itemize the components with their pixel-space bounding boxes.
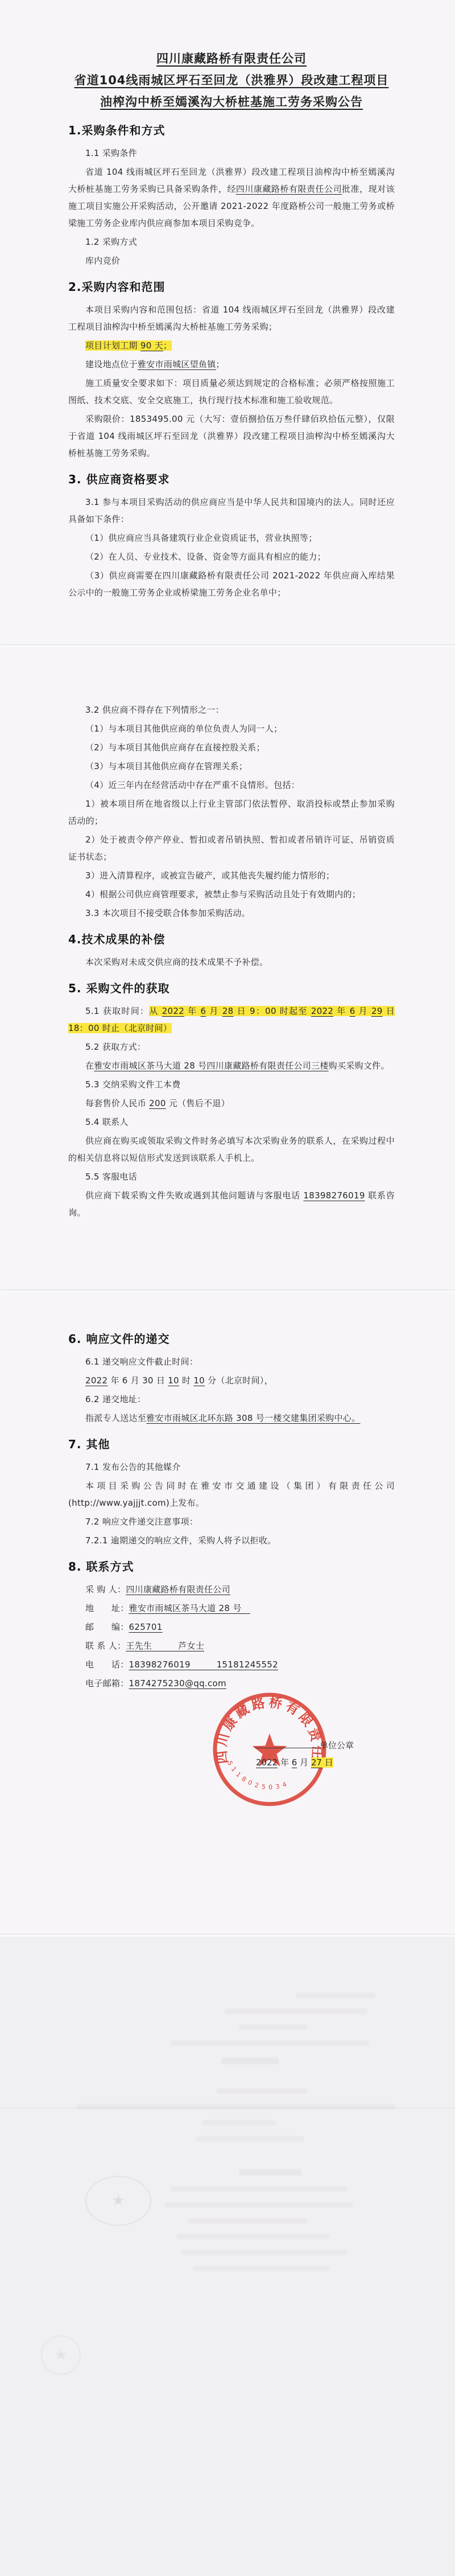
doc-p: 本项目采购公告同时在雅安市交通建设（集团）有限责任公司(http://www.y…	[68, 1477, 395, 1511]
doc-text-run: 从	[149, 1006, 162, 1016]
doc-text-run: 月	[206, 1006, 222, 1016]
doc-text-run: 4）根据公司供应商管理要求，被禁止参与采购活动且处于有效期内的；	[85, 889, 361, 899]
ghost-text-line	[171, 2040, 370, 2046]
page-2-content: 3.2 供应商不得存在下列情形之一：（1）与本项目其他供应商的单位负责人为同一人…	[0, 647, 455, 1221]
doc-p: 4）根据公司供应商管理要求，被禁止参与采购活动且处于有效期内的；	[68, 886, 395, 903]
doc-text-run: 每套售价人民币	[85, 1098, 149, 1108]
doc-p: 1.2 采购方式	[68, 233, 395, 250]
doc-p: 地 址：雅安市雨城区茶马大道 28 号	[68, 1600, 395, 1617]
doc-text-run: 电 话：	[85, 1659, 129, 1670]
doc-text-run: 本项目采购内容和范围包括：省道 104 线雨城区坪石至回龙（洪雅界）段改建工程项…	[68, 305, 395, 332]
doc-text-run: 10	[168, 1375, 179, 1386]
doc-text-run: 1.2 采购方式	[85, 237, 137, 247]
doc-text-run: 2022	[162, 1006, 184, 1016]
ghost-text-line	[182, 2250, 347, 2255]
doc-text-run: （3）供应商需要在四川康藏路桥有限责任公司 2021-2022 年供应商入库结果…	[68, 570, 395, 598]
doc-text-run: 王先生 芦女士	[126, 1641, 204, 1651]
doc-text-run: 1874275230@qq.com	[129, 1678, 226, 1688]
seal-signature-line: 单位公章	[255, 1739, 354, 1751]
doc-text-run: 6.2 递交地址：	[85, 1394, 146, 1404]
doc-text-run: 6	[201, 1006, 206, 1016]
ghost-text-line	[225, 2008, 367, 2014]
doc-p: 2）处于被责令停产停业、暂扣或者吊销执照、暂扣或者吊销许可证、吊销资质证书状态；	[68, 831, 395, 865]
doc-text-run: 90 天	[140, 340, 163, 351]
doc-p: 5.5 客服电话	[68, 1168, 395, 1185]
doc-p: 库内竞价	[68, 252, 395, 269]
doc-text-run: 购买采购文件。	[329, 1061, 390, 1071]
doc-text-run: 日	[322, 1757, 333, 1768]
doc-p: 1）被本项目所在地省级以上行业主管部门依法暂停、取消投标或禁止参加采购活动的；	[68, 795, 395, 829]
ghost-text-line	[296, 1992, 375, 1998]
seal-label: 单位公章	[320, 1740, 354, 1751]
doc-p: 采购限价：1853495.00 元（大写：壹佰捌拾伍万叁仟肆佰玖拾伍元整），仅限…	[68, 410, 395, 462]
doc-text-run: 雅安市雨城区北环东路 308 号一楼交建集团采购中心。	[146, 1413, 360, 1423]
ghost-text-line	[77, 2104, 395, 2110]
doc-text-run: 6.1 递交响应文件截止时间：	[85, 1357, 198, 1367]
document-page-2: 3.2 供应商不得存在下列情形之一：（1）与本项目其他供应商的单位负责人为同一人…	[0, 647, 455, 1289]
doc-text-run: 四川康藏路桥有限责任公司	[236, 184, 342, 194]
doc-p: 7.1 发布公告的其他媒介	[68, 1458, 395, 1476]
doc-p: 5.3 交纳采购文件工本费	[68, 1076, 395, 1093]
doc-text-run: 1）被本项目所在地省级以上行业主管部门依法暂停、取消投标或禁止参加采购活动的；	[68, 799, 395, 826]
doc-p: 3）进入清算程序，或被宣告破产，或其他丧失履约能力情形的；	[68, 867, 395, 884]
doc-p: 3.1 参与本项目采购活动的供应商应当是中华人民共和国境内的法人。同时还应具备如…	[68, 494, 395, 528]
doc-text-run: 5.3 交纳采购文件工本费	[85, 1079, 181, 1090]
doc-text-run: 2022	[256, 1757, 278, 1768]
doc-text-run: 日 9：00 时起至	[234, 1006, 311, 1016]
doc-p: 省道 104 线雨城区坪石至回龙（洪雅界）段改建工程项目油榨沟中桥至嫣溪沟大桥桩…	[68, 163, 395, 232]
doc-p: 7.2.1 逾期递交的响应文件，采购人将予以拒收。	[68, 1532, 395, 1549]
doc-h2: 6. 响应文件的递交	[68, 1330, 395, 1347]
doc-text-run: 3.1 参与本项目采购活动的供应商应当是中华人民共和国境内的法人。同时还应具备如…	[68, 497, 395, 524]
doc-p: 2022 年 6 月 30 日 10 时 10 分（北京时间），	[68, 1372, 395, 1389]
doc-text-run: 建设地点位于	[85, 359, 138, 369]
doc-text-run: 库内竞价	[85, 256, 120, 266]
doc-text-run: 6	[292, 1757, 297, 1768]
doc-p: 指派专人送达至雅安市雨城区北环东路 308 号一楼交建集团采购中心。	[68, 1410, 395, 1427]
doc-text-run: 项目计划工期	[85, 340, 140, 351]
doc-text-run: 联 系 人：	[85, 1641, 126, 1651]
doc-p: 施工质量安全要求如下：项目质量必须达到规定的合格标准；必须严格按照施工图纸、技术…	[68, 375, 395, 409]
doc-text-run: 6	[350, 1006, 355, 1016]
seal-date-line: 2022 年 6 月 27 日	[256, 1756, 333, 1768]
doc-text-run: （1）与本项目其他供应商的单位负责人为同一人；	[85, 724, 282, 734]
scanned-document-viewer: 四川康藏路桥有限责任公司省道104线雨城区坪石至回龙（洪雅界）段改建工程项目油榨…	[0, 0, 455, 2576]
doc-text-run: 10	[193, 1375, 205, 1386]
doc-text-run: 年	[278, 1757, 292, 1768]
ghost-layer: ★★	[0, 1937, 455, 2576]
doc-text-run: 雅安市雨城区茶马大道 28 号	[129, 1603, 250, 1613]
doc-p: （4）近三年内在经营活动中存在严重不良情形。包括：	[68, 777, 395, 794]
doc-text-run: 雅安市雨城区茶马大道 28 号四川康藏路桥有限责任公司三楼	[94, 1061, 328, 1071]
doc-p: 采 购 人：四川康藏路桥有限责任公司	[68, 1581, 395, 1598]
doc-h2: 4.技术成果的补偿	[68, 931, 395, 948]
doc-text-run: 月	[297, 1757, 311, 1768]
doc-h2: 2.采购内容和范围	[68, 278, 395, 295]
doc-text-run: 采 购 人：	[85, 1584, 126, 1595]
doc-p: 电 话：18398276019 15181245552	[68, 1656, 395, 1673]
signature-blank-underline	[255, 1740, 318, 1748]
doc-p: （3）供应商需要在四川康藏路桥有限责任公司 2021-2022 年供应商入库结果…	[68, 567, 395, 601]
doc-h2: 5. 采购文件的获取	[68, 980, 395, 997]
doc-text-run: 本项目采购公告同时在雅安市交通建设（集团）有限责任公司(http://www.y…	[68, 1481, 395, 1508]
doc-text-run: 3）进入清算程序，或被宣告破产，或其他丧失履约能力情形的；	[85, 870, 334, 881]
document-page-3: 6. 响应文件的递交6.1 递交响应文件截止时间：2022 年 6 月 30 日…	[0, 1292, 455, 1934]
doc-p: 6.2 递交地址：	[68, 1391, 395, 1408]
doc-p: 本项目采购内容和范围包括：省道 104 线雨城区坪石至回龙（洪雅界）段改建工程项…	[68, 301, 395, 335]
doc-text-run: 地 址：	[85, 1603, 129, 1613]
doc-text-run: 电子邮箱：	[85, 1678, 129, 1688]
doc-p: 7.2 响应文件递交注意事项：	[68, 1513, 395, 1530]
doc-text-run: （2）在人员、专业技术、设备、资金等方面具有相应的能力；	[85, 552, 326, 562]
ghost-text-line	[216, 2088, 307, 2094]
doc-text-run: 时	[179, 1375, 193, 1386]
ghost-text-line	[193, 2266, 330, 2271]
doc-p: 在雅安市雨城区茶马大道 28 号四川康藏路桥有限责任公司三楼购买采购文件。	[68, 1057, 395, 1074]
doc-text-run: 指派专人送达至	[85, 1413, 146, 1423]
ghost-text-line	[188, 2218, 307, 2224]
ghost-text-line	[165, 2202, 353, 2208]
doc-text-run: 邮 编：	[85, 1622, 129, 1632]
doc-title: 油榨沟中桥至嫣溪沟大桥桩基施工劳务采购公告	[68, 91, 395, 113]
doc-p: 每套售价人民币 200 元（售后不退）	[68, 1095, 395, 1112]
doc-p: （3）与本项目其他供应商存在管理关系；	[68, 758, 395, 775]
doc-text-run: 采购限价：1853495.00 元（大写：壹佰捌拾伍万叁仟肆佰玖拾伍元整），仅限…	[68, 414, 395, 458]
doc-p: （2）在人员、专业技术、设备、资金等方面具有相应的能力；	[68, 548, 395, 565]
doc-text-run: 分（北京时间），	[205, 1375, 273, 1386]
doc-p: 3.3 本次项目不接受联合体参加采购活动。	[68, 905, 395, 922]
doc-p: 联 系 人：王先生 芦女士	[68, 1637, 395, 1654]
doc-text-run: 年	[184, 1006, 200, 1016]
doc-text-run: 5.1 获取时间：	[85, 1006, 149, 1016]
doc-p: 邮 编：625701	[68, 1618, 395, 1636]
doc-p: 6.1 递交响应文件截止时间：	[68, 1353, 395, 1370]
doc-text-run: 3.3 本次项目不接受联合体参加采购活动。	[85, 908, 250, 918]
doc-p: 5.4 联系人	[68, 1114, 395, 1131]
doc-p: （1）与本项目其他供应商的单位负责人为同一人；	[68, 720, 395, 737]
doc-text-run: 7.2 响应文件递交注意事项：	[85, 1517, 198, 1527]
doc-text-run: 5.2 获取方式：	[85, 1042, 146, 1052]
doc-h2: 8. 联系方式	[68, 1558, 395, 1575]
doc-text-run: （2）与本项目其他供应商存在直接控股关系；	[85, 742, 265, 753]
doc-h2: 7. 其他	[68, 1436, 395, 1453]
doc-p: 项目计划工期 90 天；	[68, 337, 395, 354]
page-3-content: 6. 响应文件的递交6.1 递交响应文件截止时间：2022 年 6 月 30 日…	[0, 1292, 455, 1692]
doc-p: 供应商下载采购文件失败或遇到其他问题请与客服电话 18398276019 联系咨…	[68, 1187, 395, 1221]
ghost-seal-icon: ★	[41, 2335, 81, 2375]
doc-p: 5.1 获取时间：从 2022 年 6 月 28 日 9：00 时起至 2022…	[68, 1003, 395, 1037]
doc-title: 省道104线雨城区坪石至回龙（洪雅界）段改建工程项目	[68, 69, 395, 91]
doc-text-run: 在	[85, 1061, 94, 1071]
doc-text-run: 2022	[85, 1375, 107, 1386]
doc-p: （1）供应商应当具备建筑行业企业资质证书，营业执照等；	[68, 529, 395, 547]
page-1-content: 四川康藏路桥有限责任公司省道104线雨城区坪石至回龙（洪雅界）段改建工程项目油榨…	[0, 0, 455, 601]
doc-title: 四川康藏路桥有限责任公司	[68, 48, 395, 69]
doc-text-run: ；	[216, 359, 225, 369]
doc-text-run: 供应商在购买或领取采购文件时务必填写本次采购业务的联系人，在采购过程中的相关信息…	[68, 1136, 395, 1163]
doc-text-run: 28	[222, 1006, 234, 1016]
doc-text-run: 雅安市雨城区望鱼镇	[138, 359, 216, 369]
ghost-text-line	[171, 2186, 347, 2192]
doc-text-run: 3.2 供应商不得存在下列情形之一：	[85, 705, 224, 715]
doc-p: 1.1 采购条件	[68, 145, 395, 162]
doc-text-run: （4）近三年内在经营活动中存在严重不良情形。包括：	[85, 780, 300, 790]
doc-text-run: （3）与本项目其他供应商存在管理关系；	[85, 761, 247, 771]
doc-text-run: 18398276019 15181245552	[129, 1659, 278, 1670]
doc-p: 3.2 供应商不得存在下列情形之一：	[68, 701, 395, 718]
doc-text-run: 27	[311, 1757, 322, 1768]
doc-text-run: 5.4 联系人	[85, 1117, 129, 1127]
doc-text-run: 5.5 客服电话	[85, 1172, 137, 1182]
doc-text-run: 元（售后不退）	[166, 1098, 230, 1108]
ghost-text-line	[222, 2057, 279, 2064]
doc-p: 供应商在购买或领取采购文件时务必填写本次采购业务的联系人，在采购过程中的相关信息…	[68, 1132, 395, 1166]
doc-text-run: 29	[371, 1006, 383, 1016]
doc-h2: 1.采购条件和方式	[68, 122, 395, 139]
ghost-seal-icon: ★	[85, 2176, 151, 2226]
doc-text-run: 625701	[129, 1622, 163, 1632]
document-page-4: ★★	[0, 1937, 455, 2576]
ghost-text-line	[202, 2120, 276, 2126]
doc-h2: 3. 供应商资格要求	[68, 471, 395, 488]
doc-text-run: 施工质量安全要求如下：项目质量必须达到规定的合格标准；必须严格按照施工图纸、技术…	[68, 378, 395, 405]
doc-text-run: 7.2.1 逾期递交的响应文件，采购人将予以拒收。	[85, 1535, 276, 1546]
doc-p: 建设地点位于雅安市雨城区望鱼镇；	[68, 356, 395, 373]
doc-text-run: 四川康藏路桥有限责任公司	[126, 1584, 230, 1595]
doc-p: 电子邮箱：1874275230@qq.com	[68, 1675, 395, 1692]
doc-text-run: 月	[355, 1006, 371, 1016]
doc-text-run: 7.1 发布公告的其他媒介	[85, 1462, 181, 1472]
ghost-text-line	[196, 2136, 304, 2142]
ghost-text-line	[176, 2234, 330, 2240]
doc-text-run: 2022	[311, 1006, 333, 1016]
ghost-text-line	[239, 2024, 307, 2030]
doc-text-run: 2）处于被责令停产停业、暂扣或者吊销执照、暂扣或者吊销许可证、吊销资质证书状态；	[68, 835, 395, 862]
doc-p: 本次采购对未成交供应商的技术成果不予补偿。	[68, 954, 395, 971]
ghost-text-line	[239, 2169, 301, 2176]
doc-text-run: 本次采购对未成交供应商的技术成果不予补偿。	[85, 957, 268, 967]
document-page-1: 四川康藏路桥有限责任公司省道104线雨城区坪石至回龙（洪雅界）段改建工程项目油榨…	[0, 0, 455, 644]
doc-p: （2）与本项目其他供应商存在直接控股关系；	[68, 739, 395, 756]
doc-text-run: 1.1 采购条件	[85, 148, 137, 158]
doc-text-run: 年 6 月 30 日	[107, 1375, 168, 1386]
doc-text-run: 供应商下载采购文件失败或遇到其他问题请与客服电话	[85, 1190, 303, 1201]
doc-p: 5.2 获取方式：	[68, 1038, 395, 1055]
doc-text-run: 200	[149, 1098, 166, 1108]
doc-text-run: （1）供应商应当具备建筑行业企业资质证书，营业执照等；	[85, 533, 317, 543]
doc-text-run: 年	[333, 1006, 349, 1016]
doc-text-run: ；	[163, 340, 172, 351]
doc-text-run: 18398276019	[303, 1190, 365, 1201]
